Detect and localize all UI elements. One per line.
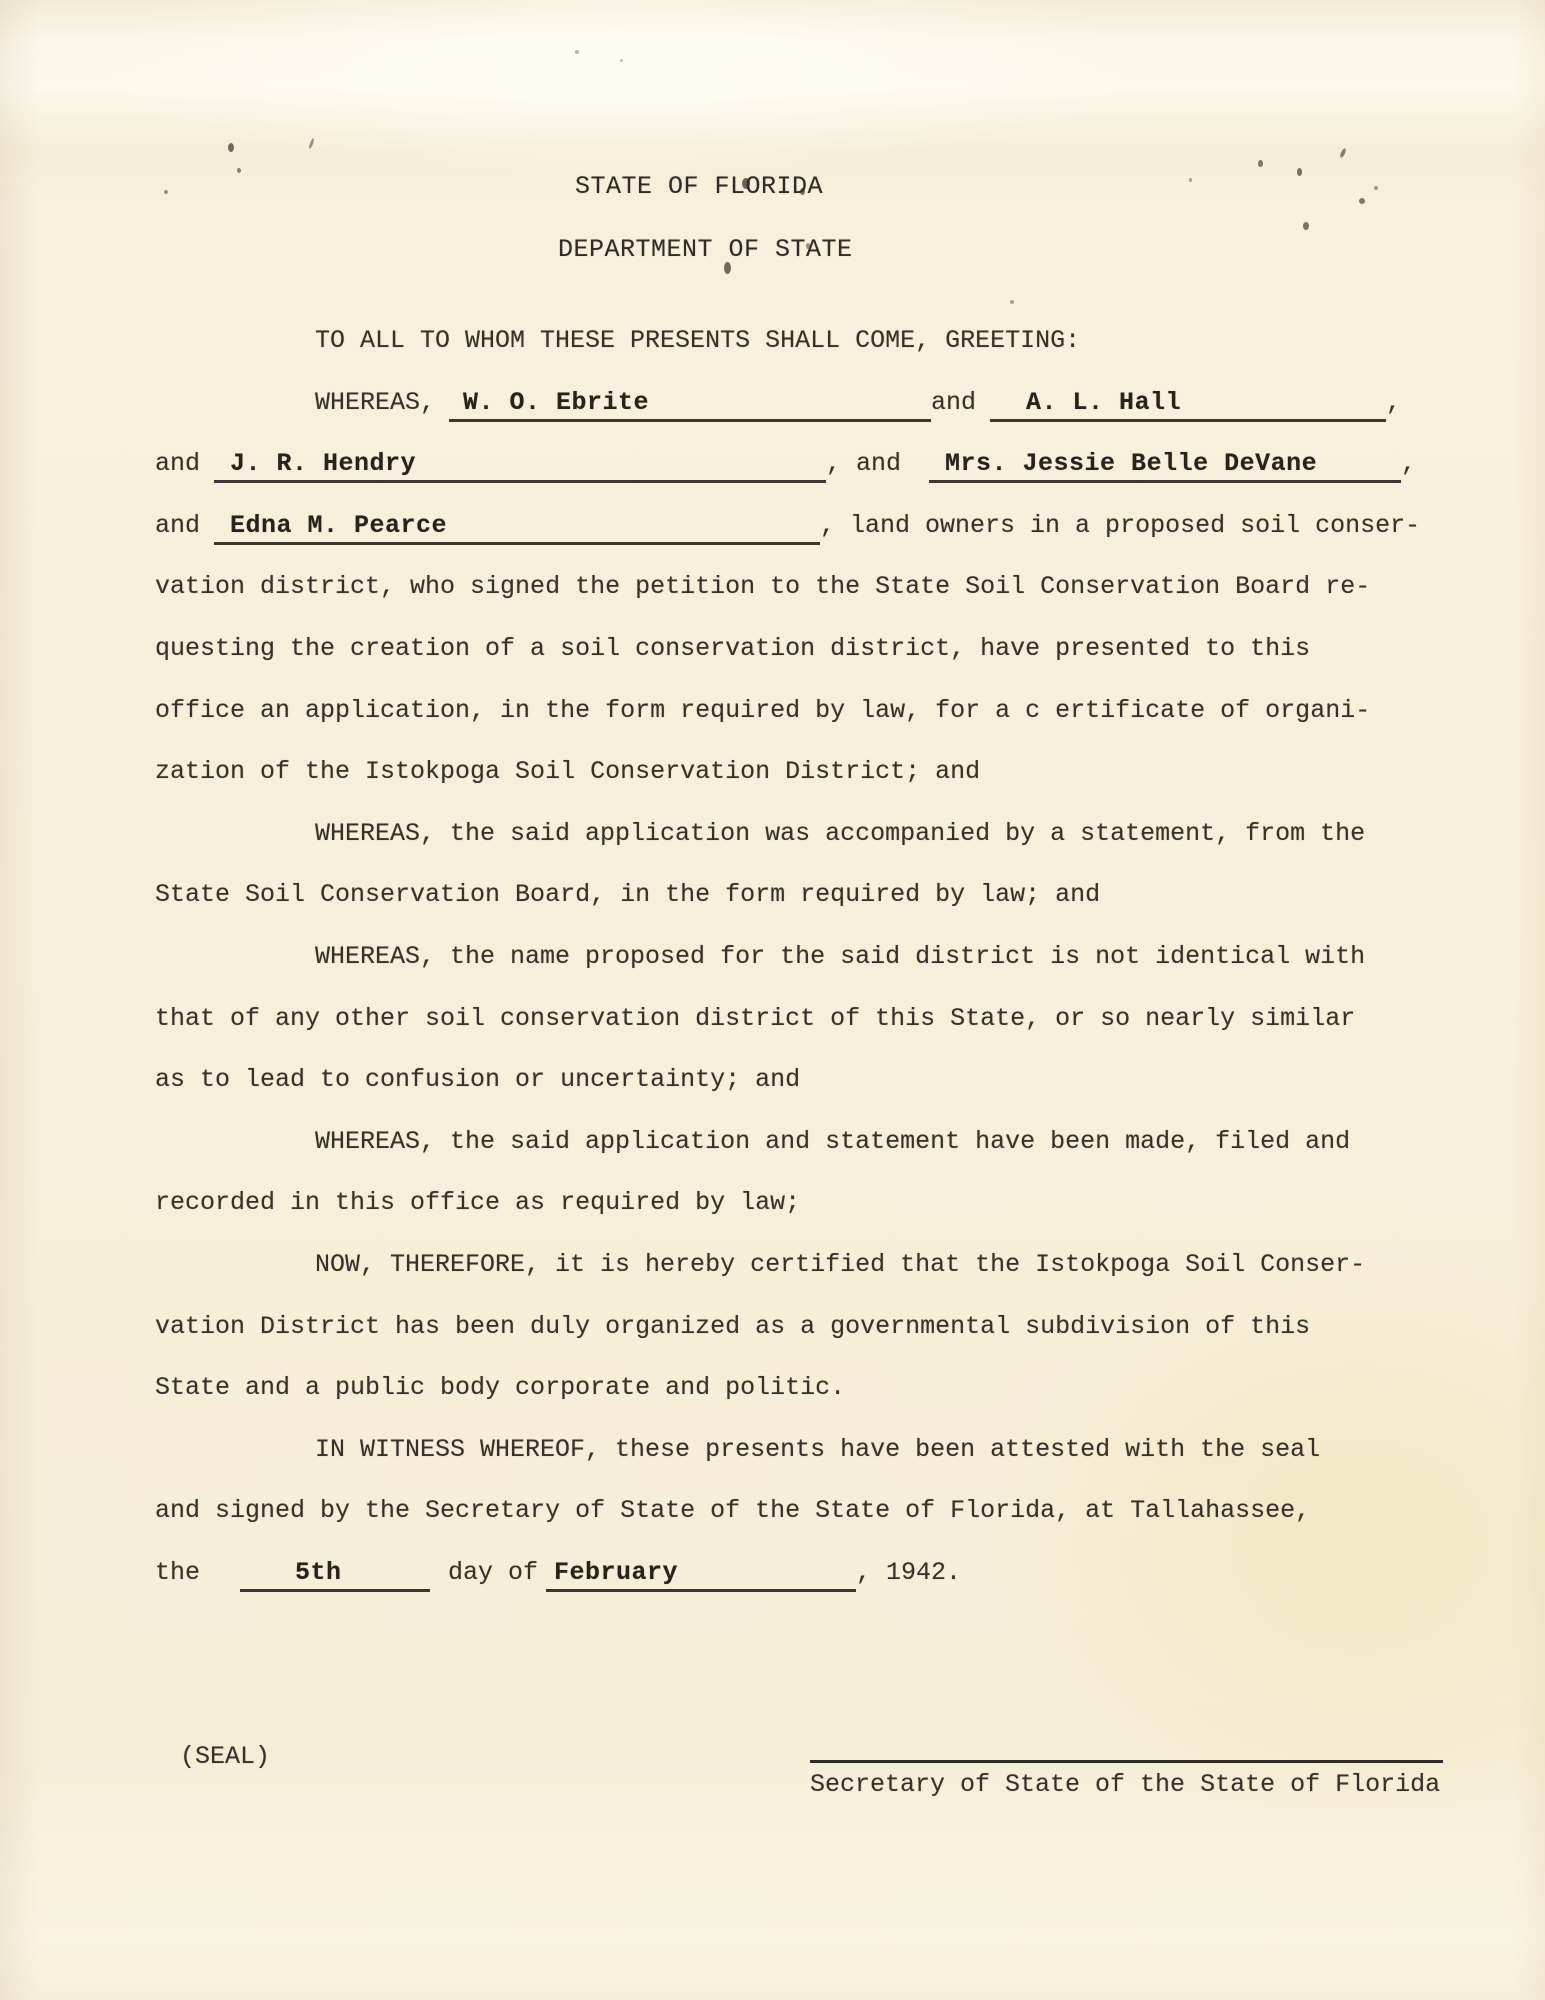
month-value: February — [554, 1558, 678, 1587]
whereas-label: WHEREAS, — [315, 388, 435, 417]
body-line: recorded in this office as required by l… — [0, 1187, 1545, 1249]
body-line-now-therefore: NOW, THEREFORE, it is hereby certified t… — [0, 1249, 1545, 1311]
body-line-whereas-4: WHEREAS, the said application and statem… — [0, 1126, 1545, 1188]
date-connector: day of — [448, 1558, 538, 1587]
party-line-3: andEdna M. Pearce, land owners in a prop… — [0, 510, 1545, 572]
salutation-text: TO ALL TO WHOM THESE PRESENTS SHALL COME… — [315, 326, 1080, 355]
grantee-name-1: W. O. Ebrite — [463, 388, 649, 417]
ink-speck — [237, 168, 241, 173]
body-line: questing the creation of a soil conserva… — [0, 633, 1545, 695]
grantee-name-blank-1: W. O. Ebrite — [449, 387, 931, 422]
ink-speck — [620, 59, 623, 62]
ink-speck — [164, 190, 168, 194]
conjunction: and — [155, 511, 200, 540]
document-body: TO ALL TO WHOM THESE PRESENTS SHALL COME… — [0, 325, 1545, 1618]
grantee-name-blank-5: Edna M. Pearce — [214, 510, 820, 545]
ink-speck — [1258, 160, 1263, 167]
ink-speck — [1189, 178, 1192, 182]
body-line: State and a public body corporate and po… — [0, 1372, 1545, 1434]
ink-speck — [228, 143, 234, 152]
comma: , — [1386, 388, 1401, 417]
ink-speck — [1303, 222, 1309, 230]
body-line-whereas-3: WHEREAS, the name proposed for the said … — [0, 941, 1545, 1003]
conjunction: and — [155, 449, 200, 478]
grantee-name-blank-2: A. L. Hall — [990, 387, 1386, 422]
signature-caption: Secretary of State of the State of Flori… — [810, 1770, 1440, 1799]
grantee-name-3: J. R. Hendry — [230, 449, 416, 478]
year-text: , 1942. — [856, 1558, 961, 1587]
document-title-department: DEPARTMENT OF STATE — [558, 235, 853, 264]
witness-date-line: the5thday ofFebruary, 1942. — [0, 1557, 1545, 1619]
body-line: vation district, who signed the petition… — [0, 571, 1545, 633]
conjunction: and — [931, 388, 976, 417]
seal-notation: (SEAL) — [180, 1742, 270, 1771]
document-title-state: STATE OF FLORIDA — [575, 172, 823, 201]
body-line: zation of the Istokpoga Soil Conservatio… — [0, 756, 1545, 818]
ink-speck — [1339, 148, 1347, 159]
grantee-name-5: Edna M. Pearce — [230, 511, 447, 540]
body-line: vation District has been duly organized … — [0, 1311, 1545, 1373]
salutation-line: TO ALL TO WHOM THESE PRESENTS SHALL COME… — [0, 325, 1545, 387]
body-line: and signed by the Secretary of State of … — [0, 1495, 1545, 1557]
party-line-2: andJ. R. Hendry, andMrs. Jessie Belle De… — [0, 448, 1545, 510]
body-line-in-witness: IN WITNESS WHEREOF, these presents have … — [0, 1434, 1545, 1496]
comma-and: , and — [826, 449, 901, 478]
date-prefix: the — [155, 1558, 200, 1587]
ink-speck — [1297, 168, 1302, 176]
party-line-1: WHEREAS,W. O. EbriteandA. L. Hall, — [0, 387, 1545, 449]
party-line-tail: , land owners in a proposed soil conser- — [820, 511, 1420, 540]
grantee-name-2: A. L. Hall — [1026, 388, 1181, 417]
body-line: office an application, in the form requi… — [0, 695, 1545, 757]
month-blank: February — [546, 1557, 856, 1592]
signature-block: Secretary of State of the State of Flori… — [810, 1760, 1443, 1799]
ink-speck — [1010, 300, 1014, 304]
grantee-name-blank-4: Mrs. Jessie Belle DeVane — [929, 448, 1401, 483]
day-blank: 5th — [240, 1557, 430, 1592]
scanned-certificate-page: STATE OF FLORIDA DEPARTMENT OF STATE TO … — [0, 0, 1545, 2000]
comma: , — [1401, 449, 1416, 478]
grantee-name-blank-3: J. R. Hendry — [214, 448, 826, 483]
ink-speck — [308, 138, 315, 149]
body-line: that of any other soil conservation dist… — [0, 1003, 1545, 1065]
body-line-whereas-2: WHEREAS, the said application was accomp… — [0, 818, 1545, 880]
ink-speck — [1359, 198, 1365, 204]
ink-speck — [1374, 186, 1378, 190]
day-value: 5th — [295, 1558, 342, 1587]
body-line: State Soil Conservation Board, in the fo… — [0, 879, 1545, 941]
body-line: as to lead to confusion or uncertainty; … — [0, 1064, 1545, 1126]
grantee-name-4: Mrs. Jessie Belle DeVane — [945, 449, 1317, 478]
ink-speck — [575, 50, 579, 54]
